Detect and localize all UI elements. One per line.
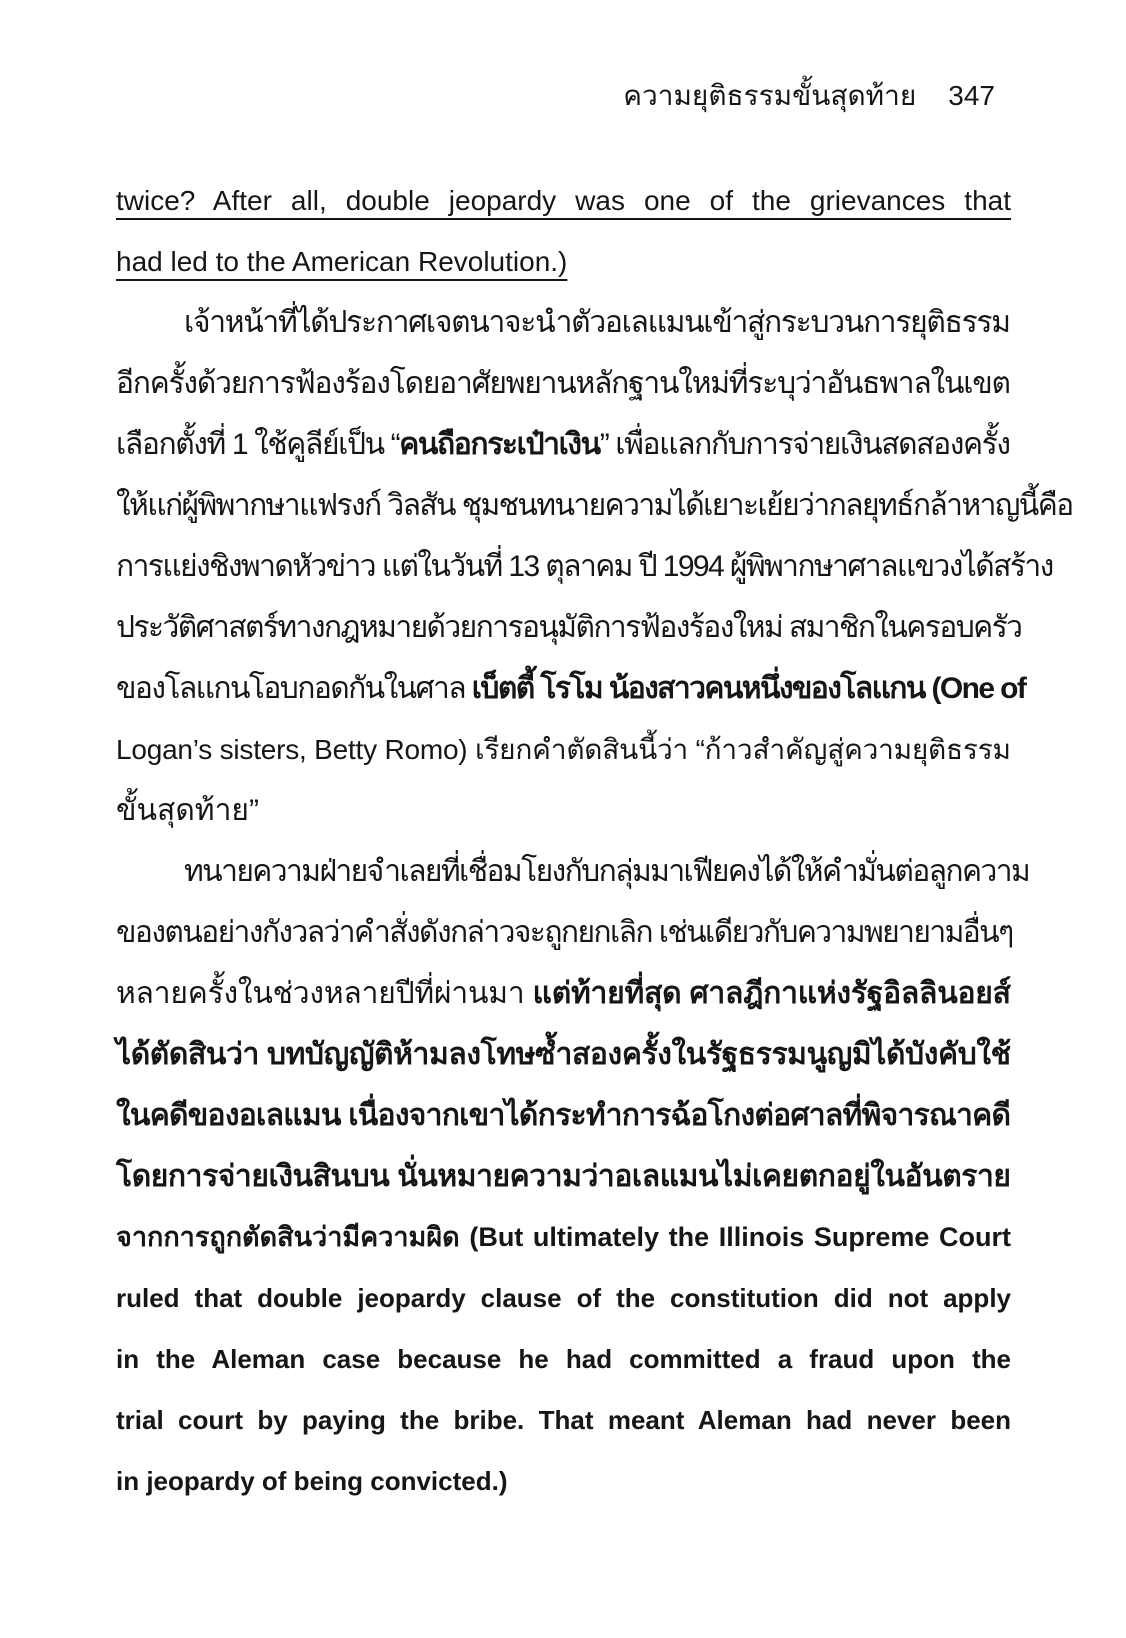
text-line: ในคดีของอเลแมน เนื่องจากเขาได้กระทำการฉ้…	[116, 1085, 1011, 1146]
text-line: ได้ตัดสินว่า บทบัญญัติห้ามลงโทษซ้ำสองครั…	[116, 1024, 1011, 1085]
text-line: ขั้นสุดท้าย”	[116, 780, 1011, 841]
text-line: อีกครั้งด้วยการฟ้องร้องโดยอาศัยพยานหลักฐ…	[116, 353, 1011, 414]
text-line: ของโลแกนโอบกอดกันในศาล เบ็ตตี้ โรโม น้อง…	[116, 658, 1011, 719]
text-segment-bold: แต่ท้ายที่สุด ศาลฎีกาแห่งรัฐอิลลินอยส์	[533, 977, 1011, 1010]
page-number: 347	[948, 78, 995, 114]
text-segment-bold: เบ็ตตี้ โรโม น้องสาวคนหนึ่งของโลแกน (One…	[472, 672, 1026, 705]
text-line: เจ้าหน้าที่ได้ประกาศเจตนาจะนำตัวอเลแมนเข…	[116, 292, 1011, 353]
text-line: in the Aleman case because he had commit…	[116, 1329, 1011, 1390]
text-line: trial court by paying the bribe. That me…	[116, 1390, 1011, 1451]
text-segment-bold: คนถือกระเป๋าเงิน	[399, 428, 600, 461]
paragraph-thai-2: ทนายความฝ่ายจำเลยที่เชื่อมโยงกับกลุ่มมาเ…	[116, 841, 1011, 1512]
text-segment: ของโลแกนโอบกอดกันในศาล	[116, 672, 472, 705]
text-segment: ” เพื่อแลกกับการจ่ายเงินสดสองครั้ง	[600, 428, 1010, 461]
text-line: Logan’s sisters, Betty Romo) เรียกคำตัดส…	[116, 719, 1011, 780]
paragraph-thai-1: เจ้าหน้าที่ได้ประกาศเจตนาจะนำตัวอเลแมนเข…	[116, 292, 1011, 841]
text-line: ทนายความฝ่ายจำเลยที่เชื่อมโยงกับกลุ่มมาเ…	[116, 841, 1011, 902]
text-line: ruled that double jeopardy clause of the…	[116, 1268, 1011, 1329]
text-line: จากการถูกตัดสินว่ามีความผิด (But ultimat…	[116, 1207, 1011, 1268]
text-line: ของตนอย่างกังวลว่าคำสั่งดังกล่าวจะถูกยกเ…	[116, 902, 1011, 963]
paragraph-english-continuation: twice? After all, double jeopardy was on…	[116, 170, 1011, 292]
text-line: โดยการจ่ายเงินสินบน นั่นหมายความว่าอเลแม…	[116, 1146, 1011, 1207]
book-page: ความยุติธรรมขั้นสุดท้าย347 twice? After …	[0, 0, 1126, 1638]
text-line: เลือกตั้งที่ 1 ใช้คูลีย์เป็น “คนถือกระเป…	[116, 414, 1011, 475]
text-line: had led to the American Revolution.)	[116, 231, 1011, 292]
text-line: ให้แก่ผู้พิพากษาแฟรงก์ วิลสัน ชุมชนทนายค…	[116, 475, 1011, 536]
text-segment: หลายครั้งในช่วงหลายปีที่ผ่านมา	[116, 977, 533, 1010]
text-line: การแย่งชิงพาดหัวข่าว แต่ในวันที่ 13 ตุลา…	[116, 536, 1011, 597]
chapter-title: ความยุติธรรมขั้นสุดท้าย	[623, 80, 916, 111]
text-line: in jeopardy of being convicted.)	[116, 1451, 1011, 1512]
text-segment: เลือกตั้งที่ 1 ใช้คูลีย์เป็น “	[116, 428, 399, 461]
text-line: twice? After all, double jeopardy was on…	[116, 170, 1011, 231]
running-head: ความยุติธรรมขั้นสุดท้าย347	[116, 78, 1011, 114]
text-line: ประวัติศาสตร์ทางกฎหมายด้วยการอนุมัติการฟ…	[116, 597, 1011, 658]
text-line: หลายครั้งในช่วงหลายปีที่ผ่านมา แต่ท้ายที…	[116, 963, 1011, 1024]
